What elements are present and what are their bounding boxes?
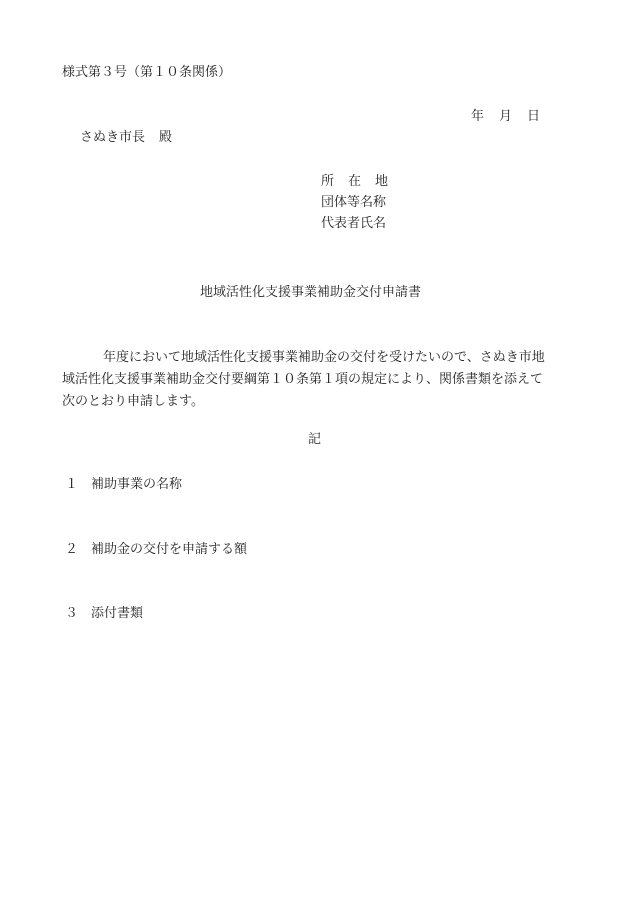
item-number: ２ — [65, 543, 91, 556]
form-number: 様式第３号（第１０条関係） — [62, 66, 231, 79]
organization-label: 団体等名称 — [321, 196, 388, 217]
item-label: 添付書類 — [91, 606, 143, 621]
applicant-block: 所在地 団体等名称 代表者氏名 — [321, 175, 388, 238]
item-label: 補助事業の名称 — [91, 477, 182, 492]
addressee: さぬき市長殿 — [80, 131, 172, 144]
body-line-3: 次のとおり申請します。 — [62, 391, 582, 413]
item-number: ３ — [65, 607, 91, 620]
body-line-2: 域活性化支援事業補助金交付要綱第１０条第１項の規定により、関係書類を添えて — [62, 369, 582, 391]
address-label: 所在地 — [321, 175, 388, 196]
body-line-1: 年度において地域活性化支援事業補助金の交付を受けたいので、さぬき市地 — [103, 350, 545, 365]
body-paragraph: 年度において地域活性化支援事業補助金の交付を受けたいので、さぬき市地 域活性化支… — [62, 347, 582, 413]
ki-heading: 記 — [308, 433, 321, 446]
representative-label: 代表者氏名 — [321, 217, 388, 238]
year-label: 年 — [471, 110, 484, 123]
addressee-honorific: 殿 — [159, 130, 172, 145]
item-project-name: １補助事業の名称 — [65, 478, 182, 491]
month-label: 月 — [499, 110, 512, 123]
addressee-name: さぬき市長 — [80, 130, 145, 145]
item-label: 補助金の交付を申請する額 — [91, 542, 247, 557]
day-label: 日 — [527, 110, 540, 123]
document-page: 様式第３号（第１０条関係） 年月日 さぬき市長殿 所在地 団体等名称 代表者氏名… — [0, 0, 630, 903]
document-title: 地域活性化支援事業補助金交付申請書 — [200, 286, 421, 299]
date-line: 年月日 — [471, 110, 540, 123]
item-number: １ — [65, 478, 91, 491]
item-attachments: ３添付書類 — [65, 607, 143, 620]
item-requested-amount: ２補助金の交付を申請する額 — [65, 543, 247, 556]
